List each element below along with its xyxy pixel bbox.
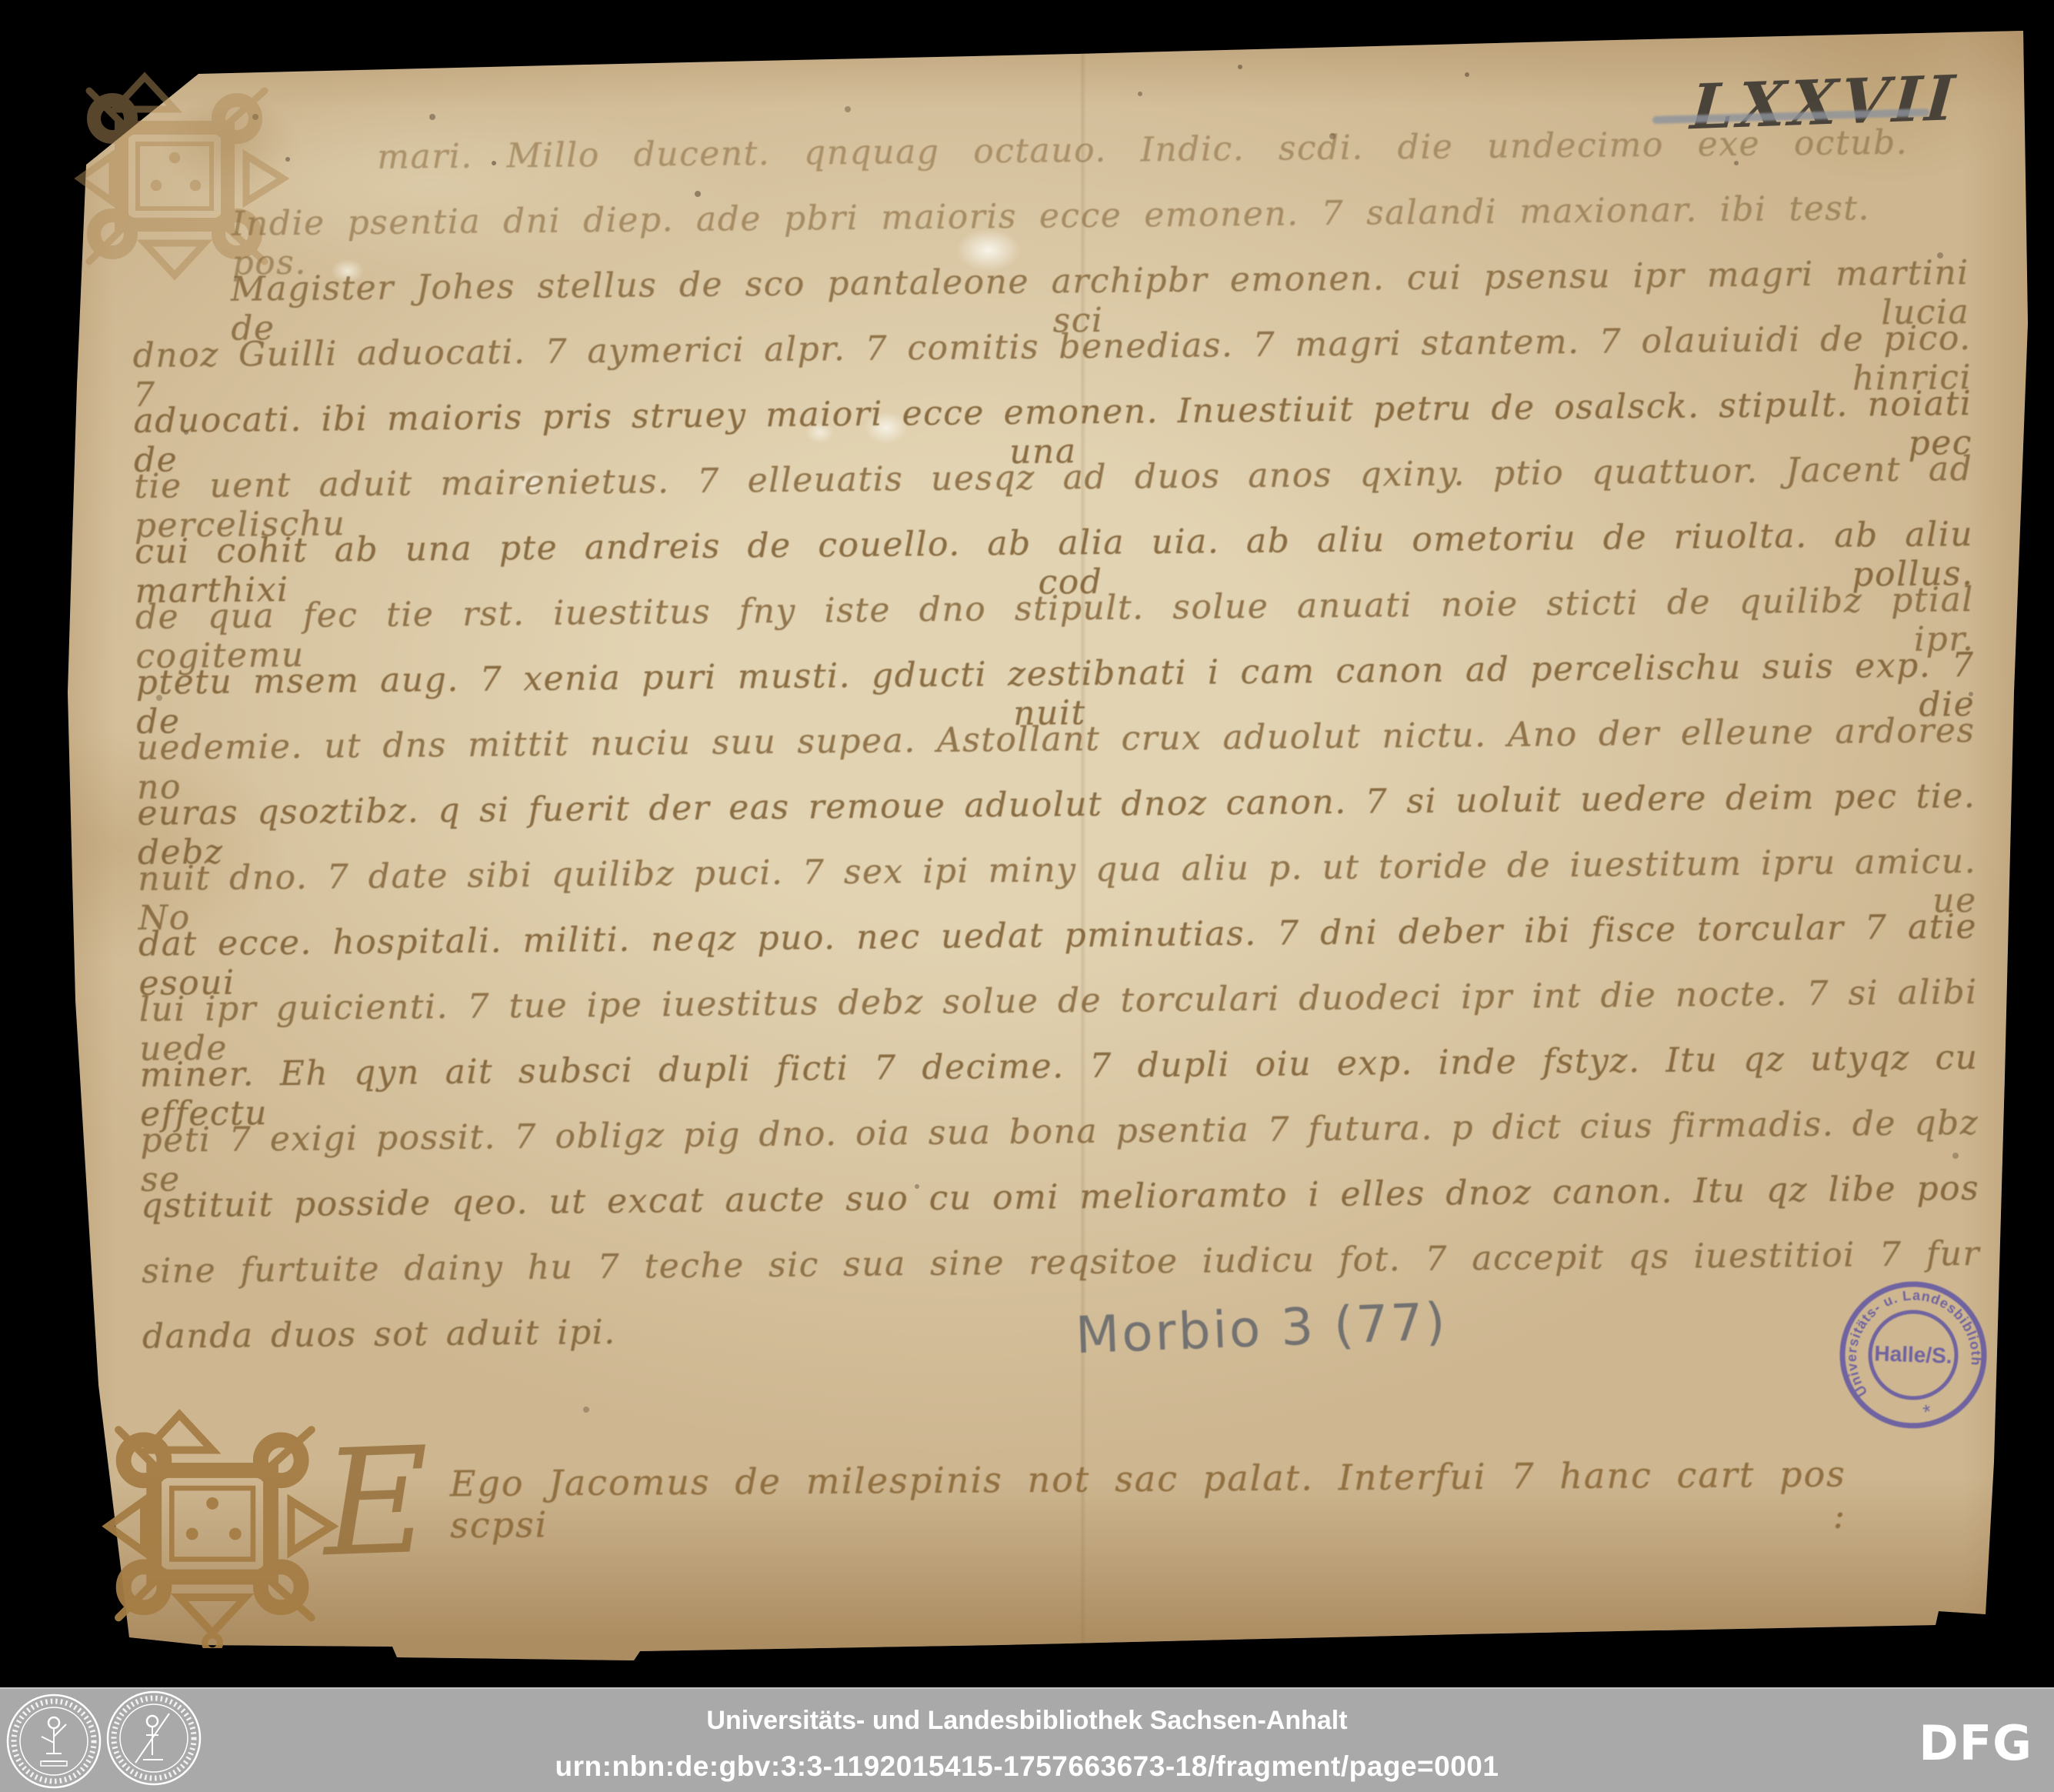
stamp-center-text: Halle/S. <box>1874 1341 1952 1368</box>
stamp-bottom-symbol: * <box>1921 1400 1934 1424</box>
viewer-footer: Universitäts- und Landesbibliothek Sachs… <box>0 1687 2054 1792</box>
parchment-speckles <box>0 0 3 3</box>
footer-library-name: Universitäts- und Landesbibliothek Sachs… <box>0 1706 2054 1736</box>
scan-page: LXXVII mari. Millo ducent. qnquag octauo… <box>0 0 2054 1792</box>
notary-subscription: Ego Jacomus de milespinis not sac palat.… <box>450 1453 1847 1547</box>
subscription-initial: E <box>320 1416 432 1590</box>
dfg-logo: DFG <box>1919 1715 2032 1771</box>
manuscript-text-block: mari. Millo ducent. qnquag octauo. Indic… <box>131 122 1981 1383</box>
footer-urn: urn:nbn:de:gbv:3:3-1192015415-1757663673… <box>0 1750 2054 1783</box>
notary-knot-bottom-icon <box>89 1394 351 1648</box>
